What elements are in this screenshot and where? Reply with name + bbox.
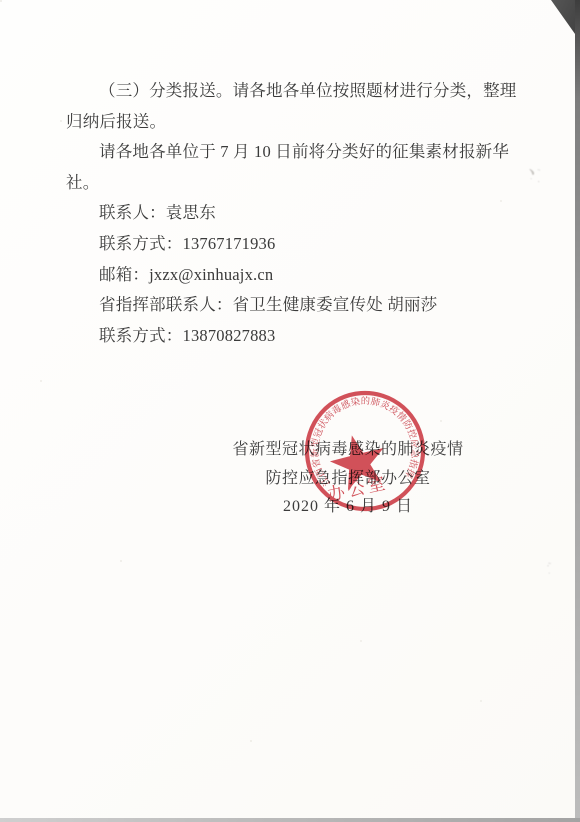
body-line: 社。 (66, 168, 518, 199)
body-line: 请各地各单位于 7 月 10 日前将分类好的征集素材报新华 (66, 137, 518, 168)
page-edge-right (575, 0, 580, 822)
contact-phone-line: 联系方式：13767171936 (66, 229, 518, 260)
hq-contact-line: 省指挥部联系人：省卫生健康委宣传处 胡丽莎 (66, 290, 518, 321)
scan-smudge: ﹅ ֮ ˙ ᠂ (526, 167, 541, 187)
scan-smudge: ᠂ ֮ ˙ (544, 562, 552, 580)
page-edge-bottom (0, 818, 580, 822)
paper-speckle (0, 0, 2, 2)
body-line: （三）分类报送。请各地各单位按照题材进行分类，整理 (66, 76, 518, 107)
contact-person-line: 联系人：袁思东 (66, 198, 518, 229)
hq-phone-line: 联系方式：13870827883 (66, 321, 518, 352)
document-body: （三）分类报送。请各地各单位按照题材进行分类，整理 归纳后报送。 请各地各单位于… (66, 76, 518, 351)
contact-email-line: 邮箱：jxzx@xinhuajx.cn (66, 260, 518, 291)
body-line: 归纳后报送。 (66, 107, 518, 138)
official-seal: 江西省新型冠状病毒感染的肺炎疫情防控应急指挥部 办公室 (302, 388, 428, 514)
document-page: （三）分类报送。请各地各单位按照题材进行分类，整理 归纳后报送。 请各地各单位于… (0, 0, 580, 822)
